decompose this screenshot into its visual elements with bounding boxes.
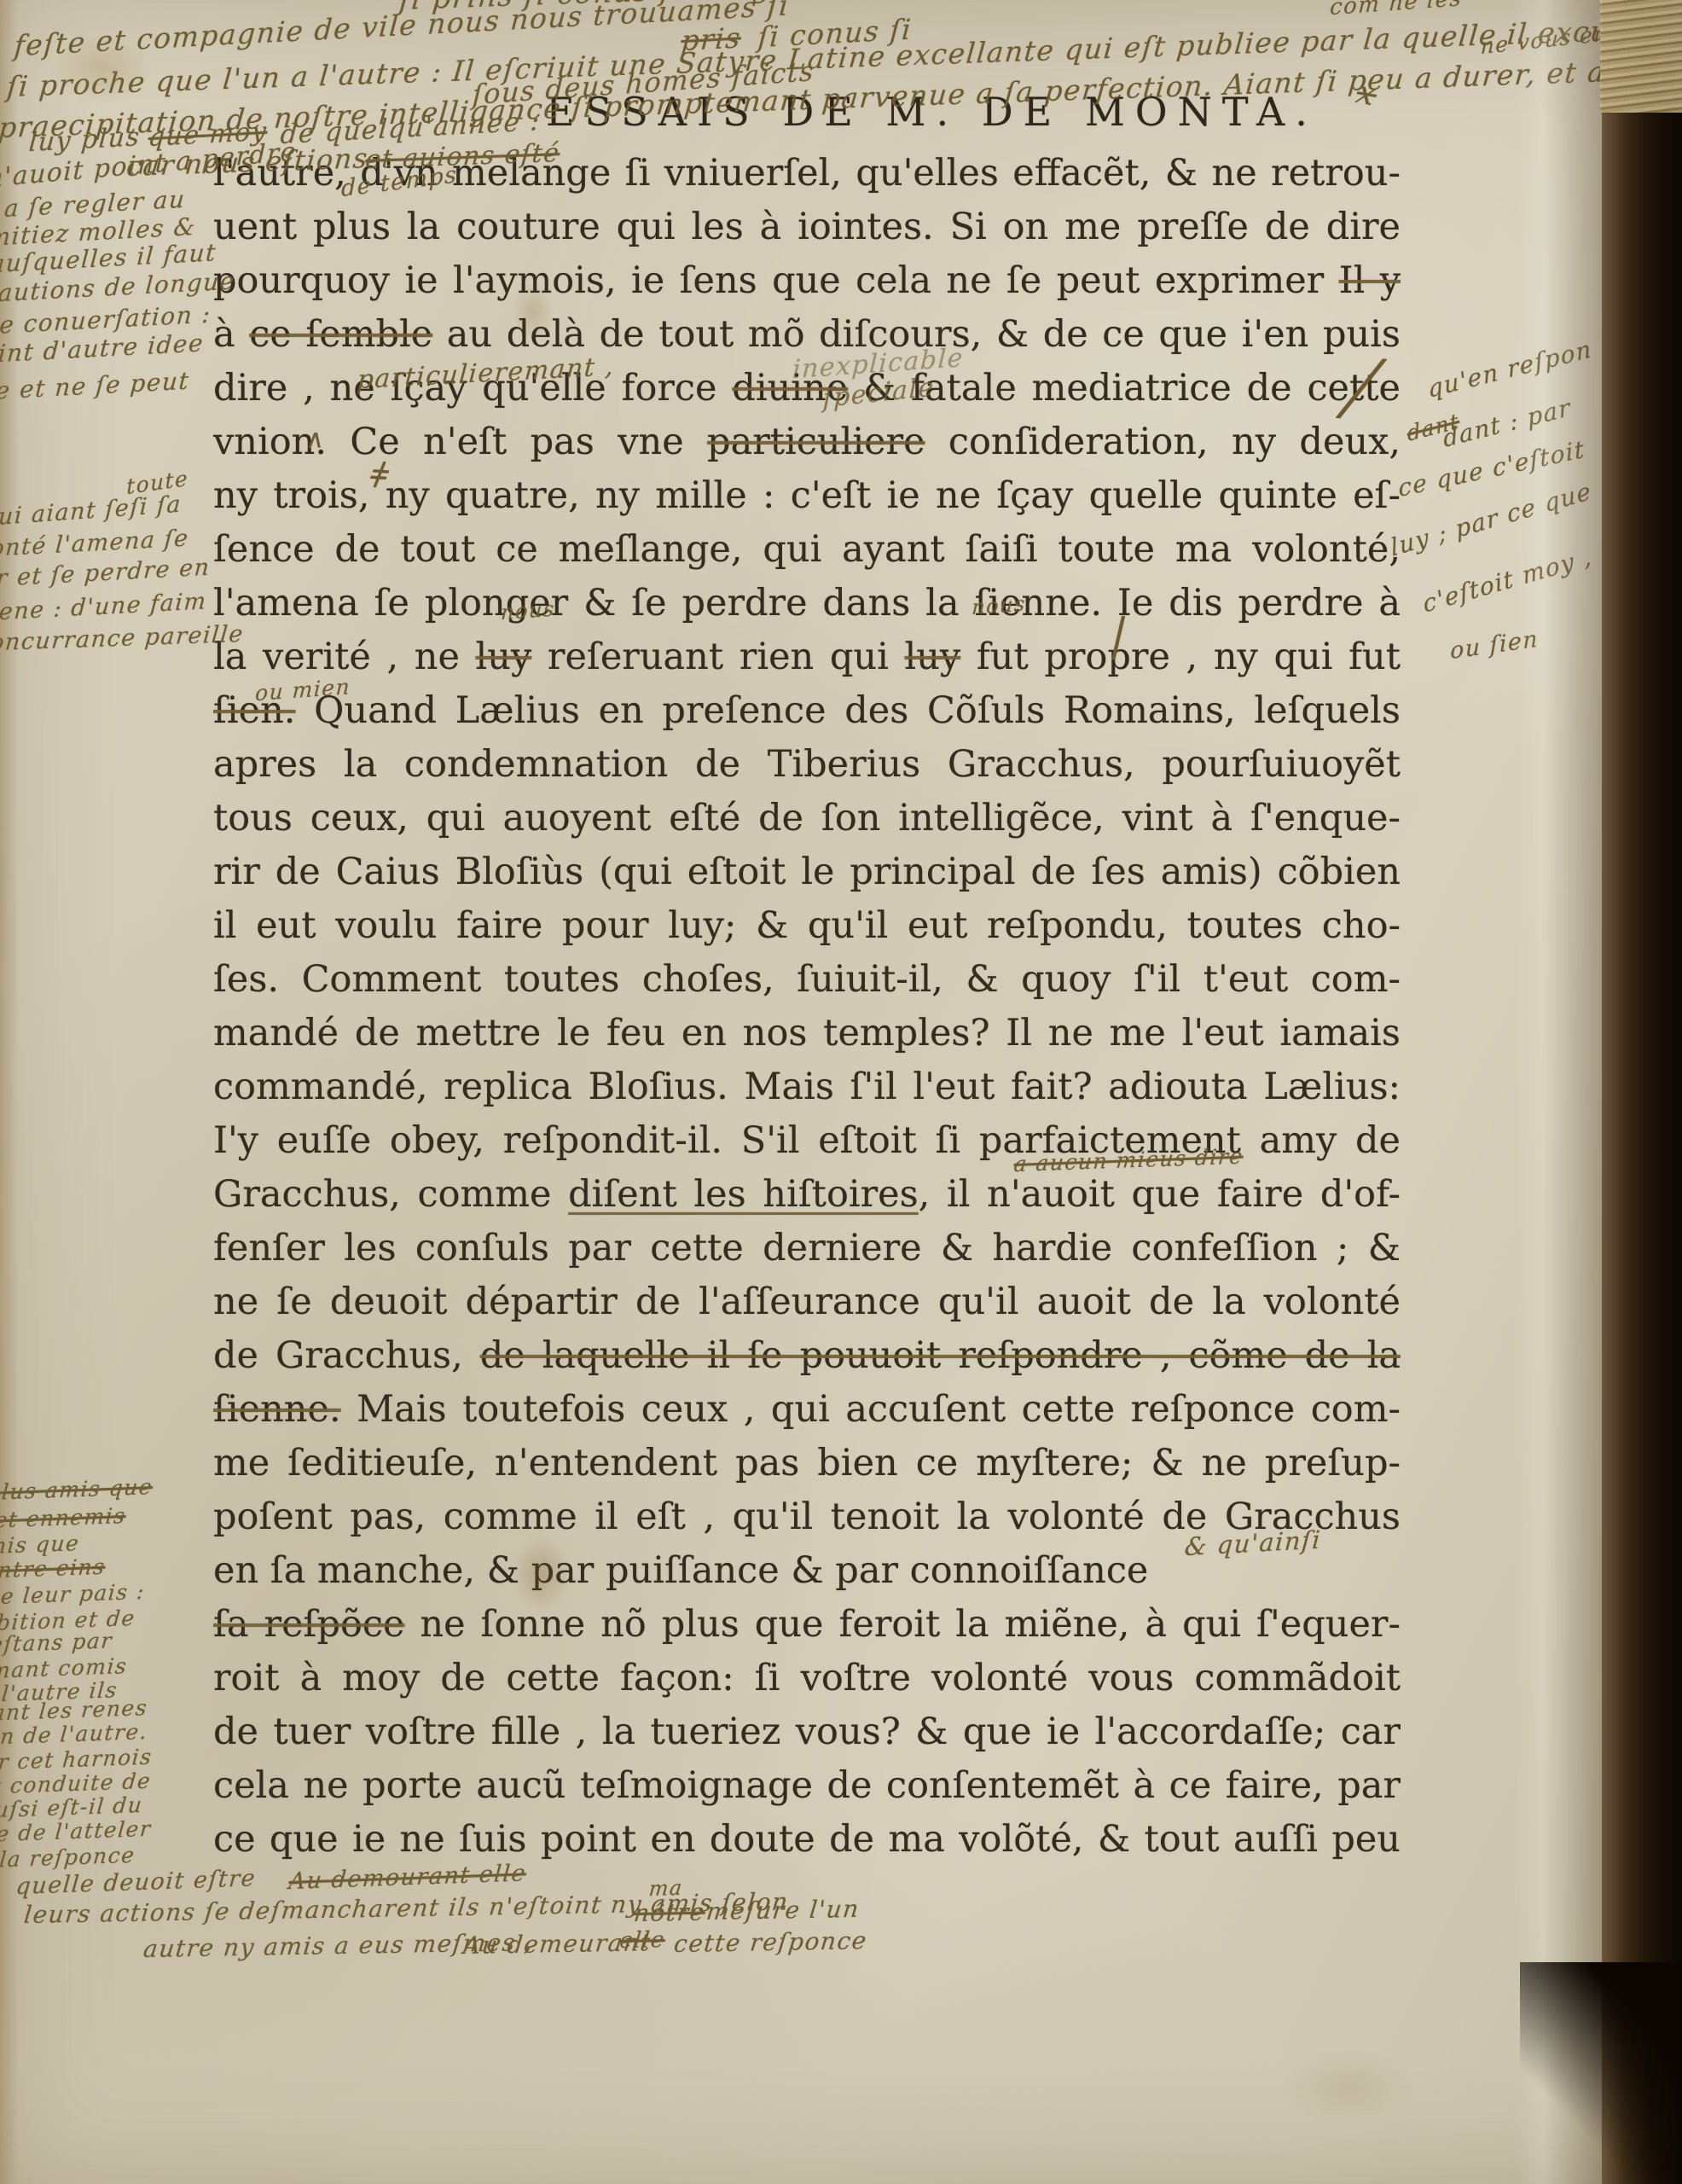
handwritten-note: particulieremant , (357, 351, 616, 395)
handwritten-note: ǂ (368, 454, 393, 497)
handwritten-note: nous (971, 592, 1027, 620)
handwritten-note: & qu'ainſi (1184, 1525, 1323, 1562)
handwritten-annotations-layer: ſi prins ſi conus ſi obligez entre nous … (0, 0, 1682, 2184)
handwritten-note: nous (501, 597, 556, 625)
handwritten-note: ma (648, 1876, 685, 1902)
handwritten-note: amis et ennemis (0, 1503, 127, 1535)
book-edge (1602, 0, 1682, 2184)
handwritten-note: quelle deuoit eſtre (14, 1865, 257, 1900)
handwritten-note: ou mien (254, 674, 351, 706)
handwritten-note: meſure l'un (705, 1895, 861, 1926)
handwritten-note: nôtre (633, 1898, 707, 1928)
handwritten-note: a aucun mieus dire (1012, 1144, 1244, 1176)
dark-corner (1520, 1962, 1682, 2184)
handwritten-note: cette reſponce (673, 1926, 869, 1958)
handwritten-note: | (1105, 609, 1134, 661)
handwritten-note: ╱ (1337, 357, 1386, 422)
handwritten-note: Au demourant elle (287, 1860, 527, 1895)
handwritten-note: d'une concurrance pareille (0, 621, 245, 659)
handwritten-note: elle (618, 1927, 667, 1954)
handwritten-note: ils eſtoint plus amis que (0, 1474, 154, 1509)
scanned-book-page: ESSAIS DE M. DE MONTA. l'autre, d'vn mel… (0, 0, 1682, 2184)
handwritten-note: qui aiant ſeſi ſa (0, 491, 183, 532)
handwritten-note: ∧ (304, 424, 328, 455)
handwritten-note: meſme et ne ſe peut (0, 367, 190, 409)
page-curve-shadow (1515, 0, 1609, 2184)
handwritten-note: com ne les (1329, 0, 1463, 20)
page-stack-edges (1600, 0, 1682, 113)
